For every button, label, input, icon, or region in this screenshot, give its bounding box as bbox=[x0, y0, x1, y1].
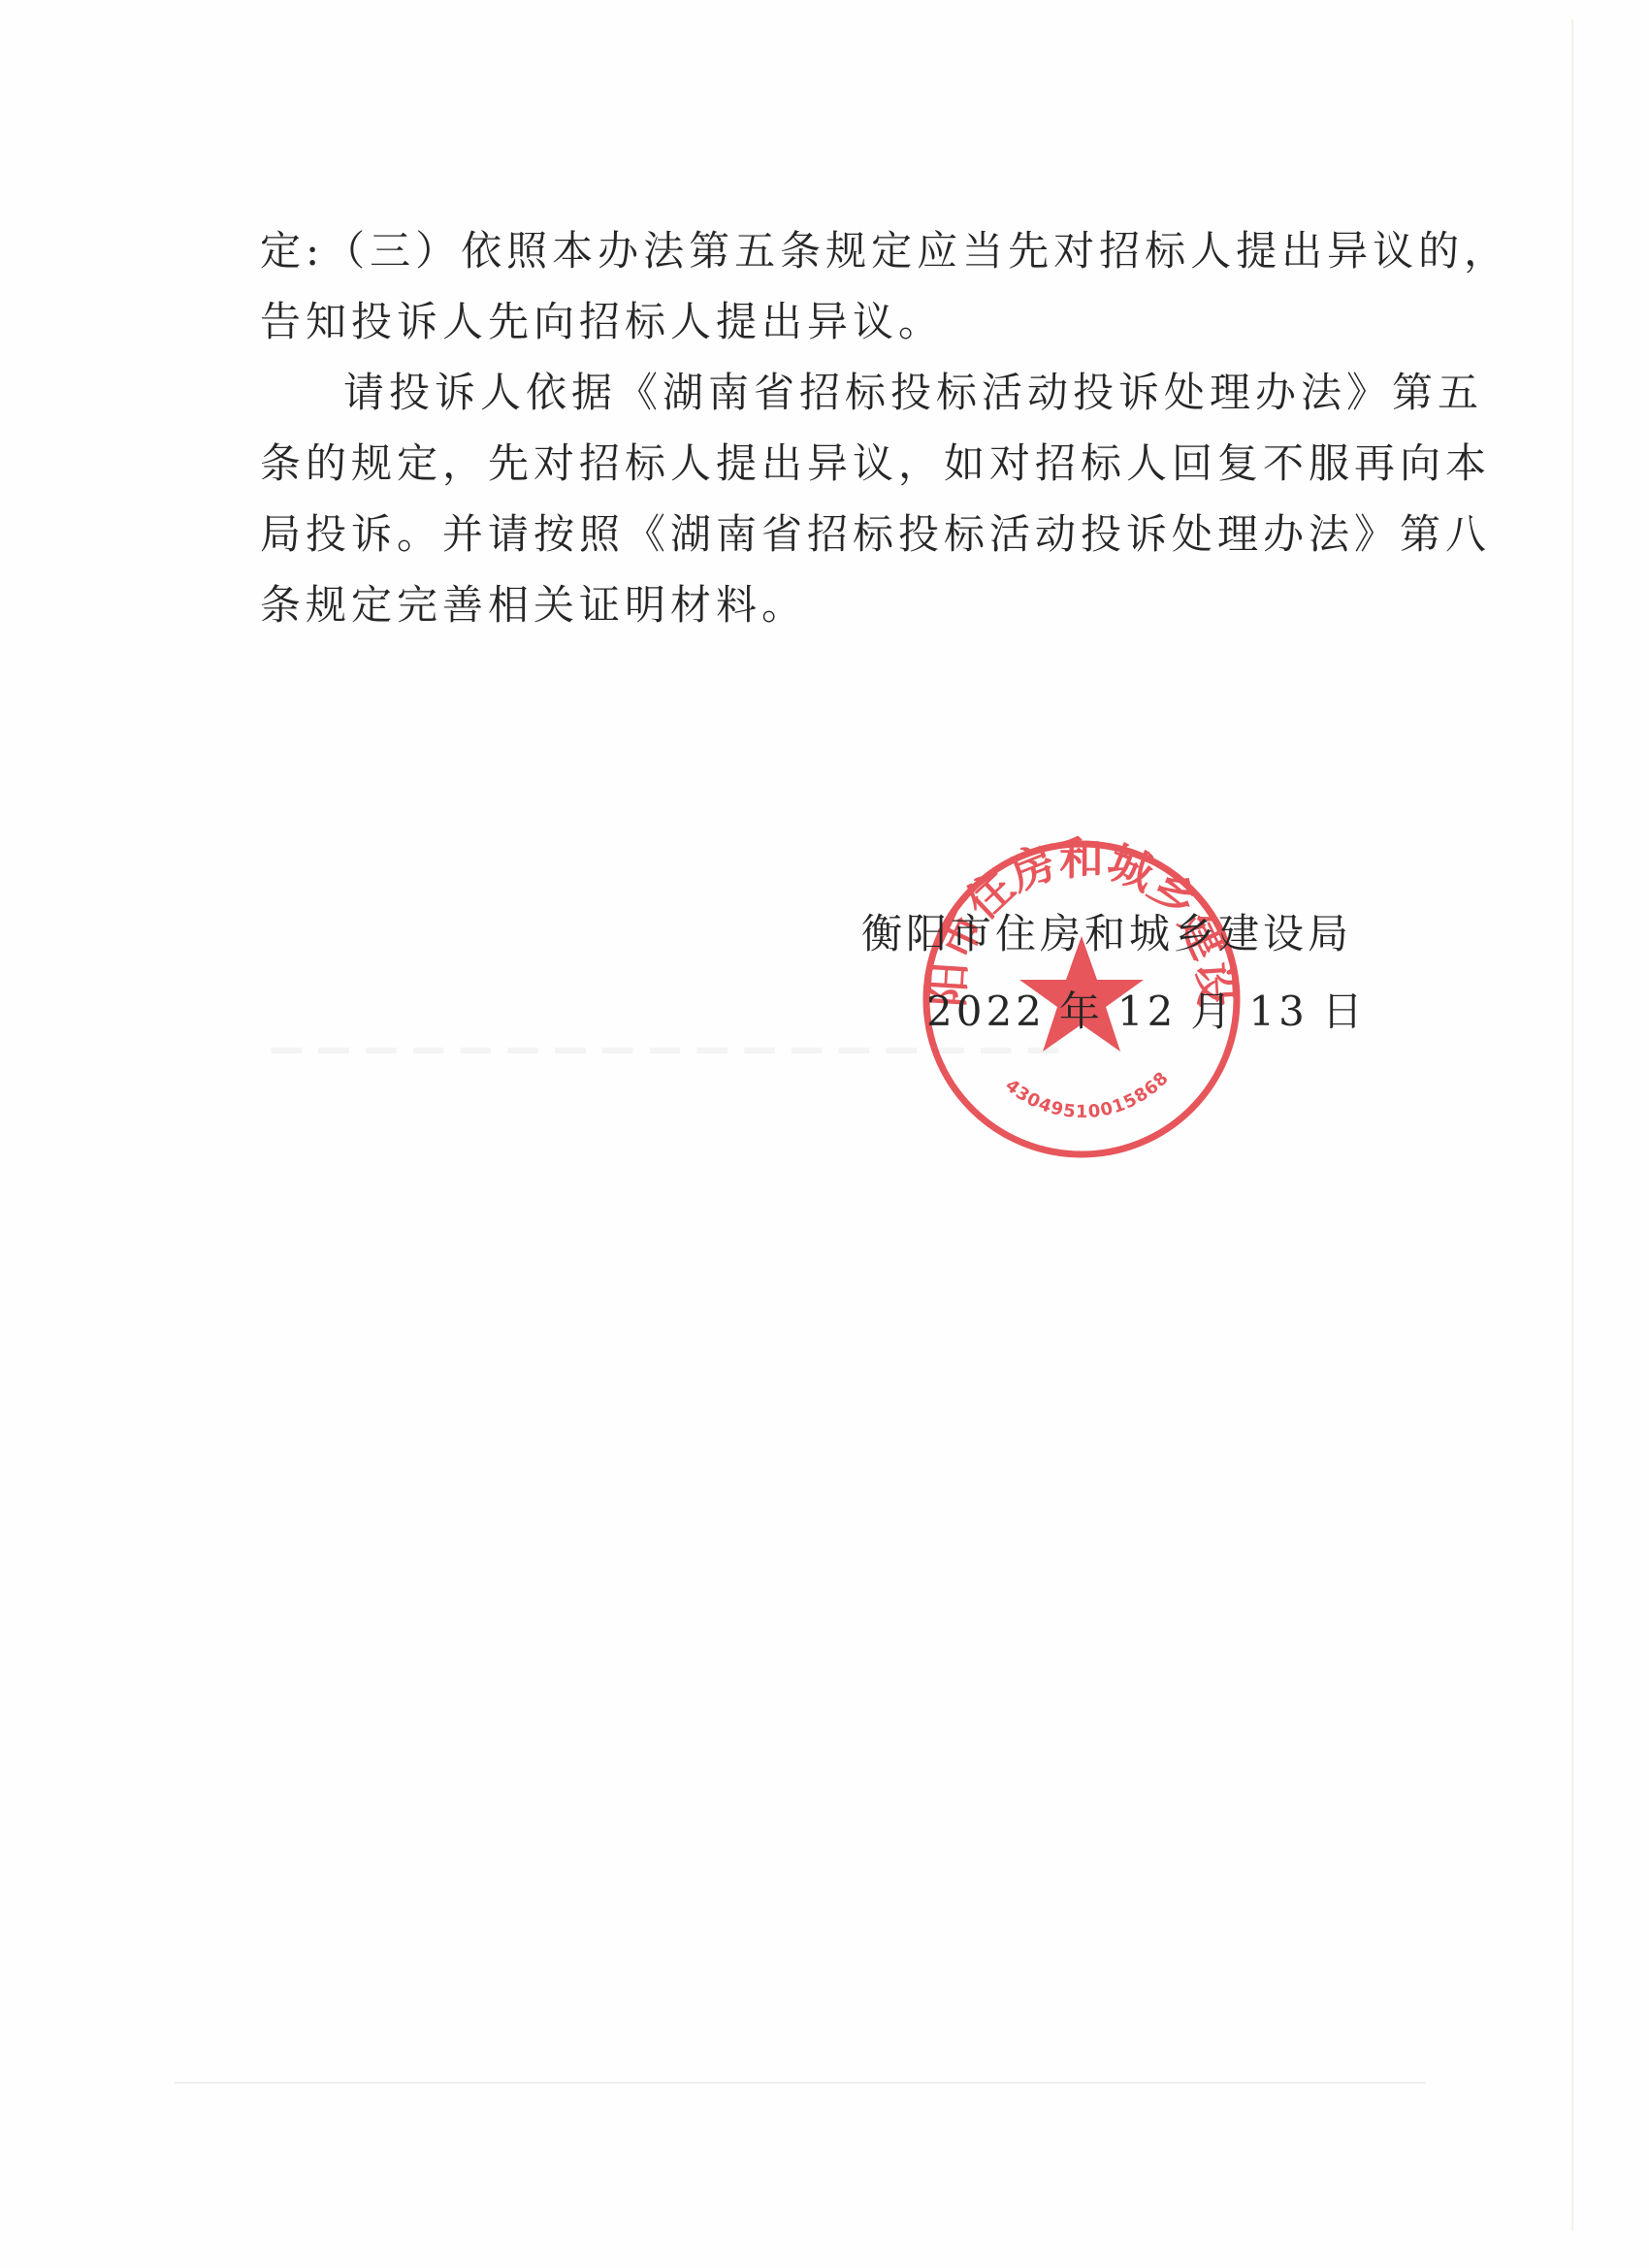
paragraph-line: 条的规定，先对招标人提出异议，如对招标人回复不服再向本 bbox=[260, 428, 1405, 499]
document-page: ▁▁▁▁▁▁▁▁▁▁▁▁▁▁▁▁▁ 定:（三）依照本办法第五条规定应当先对招标人… bbox=[0, 0, 1649, 2268]
issuer-name: 衡阳市住房和城乡建设局 bbox=[861, 902, 1352, 960]
date-year-unit: 年 bbox=[1059, 988, 1104, 1035]
paragraph-line: 告知投诉人先向招标人提出异议。 bbox=[260, 286, 1405, 357]
paragraph-line: 定:（三）依照本办法第五条规定应当先对招标人提出异议的， bbox=[260, 215, 1405, 286]
stamp-code: 4304951001586​8 bbox=[1001, 1068, 1173, 1122]
paragraph-line: 局投诉。并请按照《湖南省招标投标活动投诉处理办法》第八 bbox=[260, 499, 1405, 569]
scan-edge-bottom bbox=[175, 2082, 1426, 2084]
scan-edge-right bbox=[1571, 19, 1573, 2231]
paragraph-line: 请投诉人依据《湖南省招标投标活动投诉处理办法》第五 bbox=[260, 357, 1405, 428]
date-day-unit: 日 bbox=[1322, 988, 1367, 1035]
body-text: 定:（三）依照本办法第五条规定应当先对招标人提出异议的， 告知投诉人先向招标人提… bbox=[260, 215, 1405, 640]
issue-date: 2022年12月13日 bbox=[926, 980, 1380, 1038]
date-day: 13 bbox=[1248, 988, 1308, 1035]
date-year: 2022 bbox=[926, 988, 1046, 1035]
date-month: 12 bbox=[1117, 988, 1177, 1035]
date-month-unit: 月 bbox=[1190, 988, 1235, 1035]
paragraph-line: 条规定完善相关证明材料。 bbox=[260, 569, 1405, 640]
